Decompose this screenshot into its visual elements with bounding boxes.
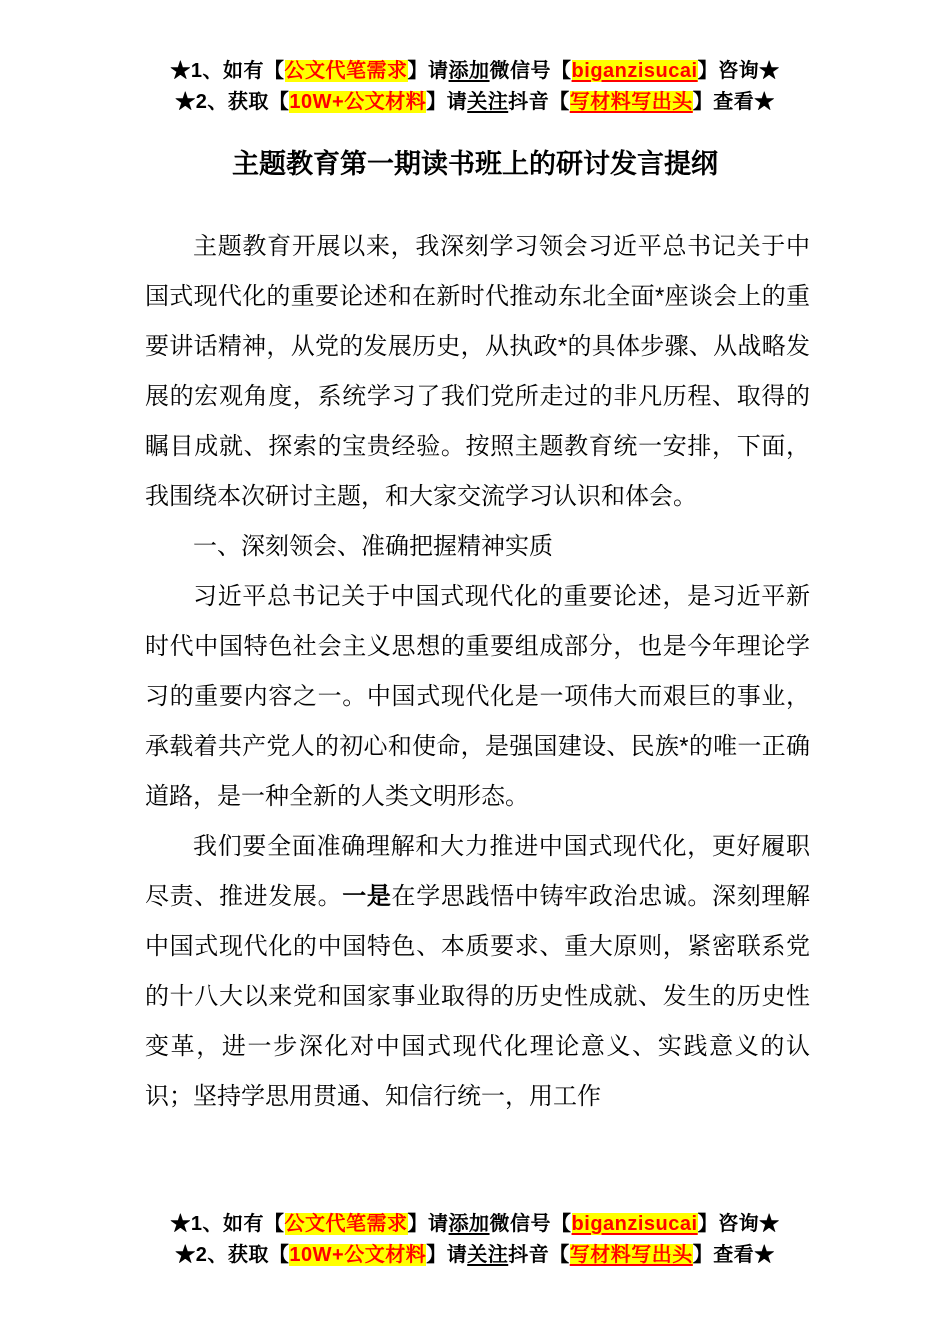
document-body: 主题教育开展以来，我深刻学习领会习近平总书记关于中国式现代化的重要论述和在新时代…	[145, 222, 810, 1122]
wechat-id: biganzisucai	[572, 60, 698, 82]
douyin-account-name: 写材料写出头	[570, 91, 693, 113]
text-segment: 添加	[449, 1213, 490, 1235]
text-segment: 】请	[426, 1244, 467, 1266]
section-heading: 一、深刻领会、准确把握精神实质	[145, 522, 810, 572]
text-segment: 一、深刻领会、准确把握精神实质	[193, 533, 553, 560]
text-segment: 在学思践悟中铸牢政治忠诚。深刻理解中国式现代化的中国特色、本质要求、重大原则，紧…	[145, 883, 810, 1110]
text-segment: ★1、如有【	[170, 1213, 284, 1235]
text-segment: 抖音【	[508, 1244, 570, 1266]
text-segment: ★1、如有【	[170, 60, 284, 82]
text-segment: 】请	[408, 60, 449, 82]
promo-footer: ★1、如有【公文代笔需求】请添加微信号【biganzisucai】咨询★ ★2、…	[0, 1209, 950, 1271]
promo-header-line-1: ★1、如有【公文代笔需求】请添加微信号【biganzisucai】咨询★	[0, 56, 950, 87]
promo-footer-line-1: ★1、如有【公文代笔需求】请添加微信号【biganzisucai】咨询★	[0, 1209, 950, 1240]
text-segment: 】咨询★	[698, 1213, 780, 1235]
text-segment: 主题教育开展以来，我深刻学习领会习近平总书记关于中国式现代化的重要论述和在新时代…	[145, 233, 810, 510]
text-segment: 关注	[467, 1244, 508, 1266]
promo-header: ★1、如有【公文代笔需求】请添加微信号【biganzisucai】咨询★ ★2、…	[0, 56, 950, 118]
wechat-id: biganzisucai	[572, 1213, 698, 1235]
material-count-highlight: 10W+公文材料	[289, 1244, 426, 1266]
promo-header-line-2: ★2、获取【10W+公文材料】请关注抖音【写材料写出头】查看★	[0, 87, 950, 118]
service-need-highlight: 公文代笔需求	[285, 60, 408, 82]
text-segment: 添加	[449, 60, 490, 82]
text-segment: 】咨询★	[698, 60, 780, 82]
text-segment: 】请	[426, 91, 467, 113]
text-segment: ★2、获取【	[175, 1244, 289, 1266]
text-segment: 抖音【	[508, 91, 570, 113]
paragraph: 习近平总书记关于中国式现代化的重要论述，是习近平新时代中国特色社会主义思想的重要…	[145, 572, 810, 822]
material-count-highlight: 10W+公文材料	[289, 91, 426, 113]
text-segment: 】查看★	[693, 1244, 775, 1266]
document-page: ★1、如有【公文代笔需求】请添加微信号【biganzisucai】咨询★ ★2、…	[0, 0, 950, 1344]
text-segment: 微信号【	[490, 1213, 572, 1235]
bold-enumerator: 一是	[342, 883, 391, 910]
text-segment: 习近平总书记关于中国式现代化的重要论述，是习近平新时代中国特色社会主义思想的重要…	[145, 583, 810, 810]
text-segment: ★2、获取【	[175, 91, 289, 113]
promo-footer-line-2: ★2、获取【10W+公文材料】请关注抖音【写材料写出头】查看★	[0, 1240, 950, 1271]
paragraph: 主题教育开展以来，我深刻学习领会习近平总书记关于中国式现代化的重要论述和在新时代…	[145, 222, 810, 522]
service-need-highlight: 公文代笔需求	[285, 1213, 408, 1235]
text-segment: 微信号【	[490, 60, 572, 82]
text-segment: 】查看★	[693, 91, 775, 113]
page-title: 主题教育第一期读书班上的研讨发言提纲	[0, 147, 950, 181]
douyin-account-name: 写材料写出头	[570, 1244, 693, 1266]
text-segment: 关注	[467, 91, 508, 113]
paragraph: 我们要全面准确理解和大力推进中国式现代化，更好履职尽责、推进发展。一是在学思践悟…	[145, 822, 810, 1122]
text-segment: 】请	[408, 1213, 449, 1235]
